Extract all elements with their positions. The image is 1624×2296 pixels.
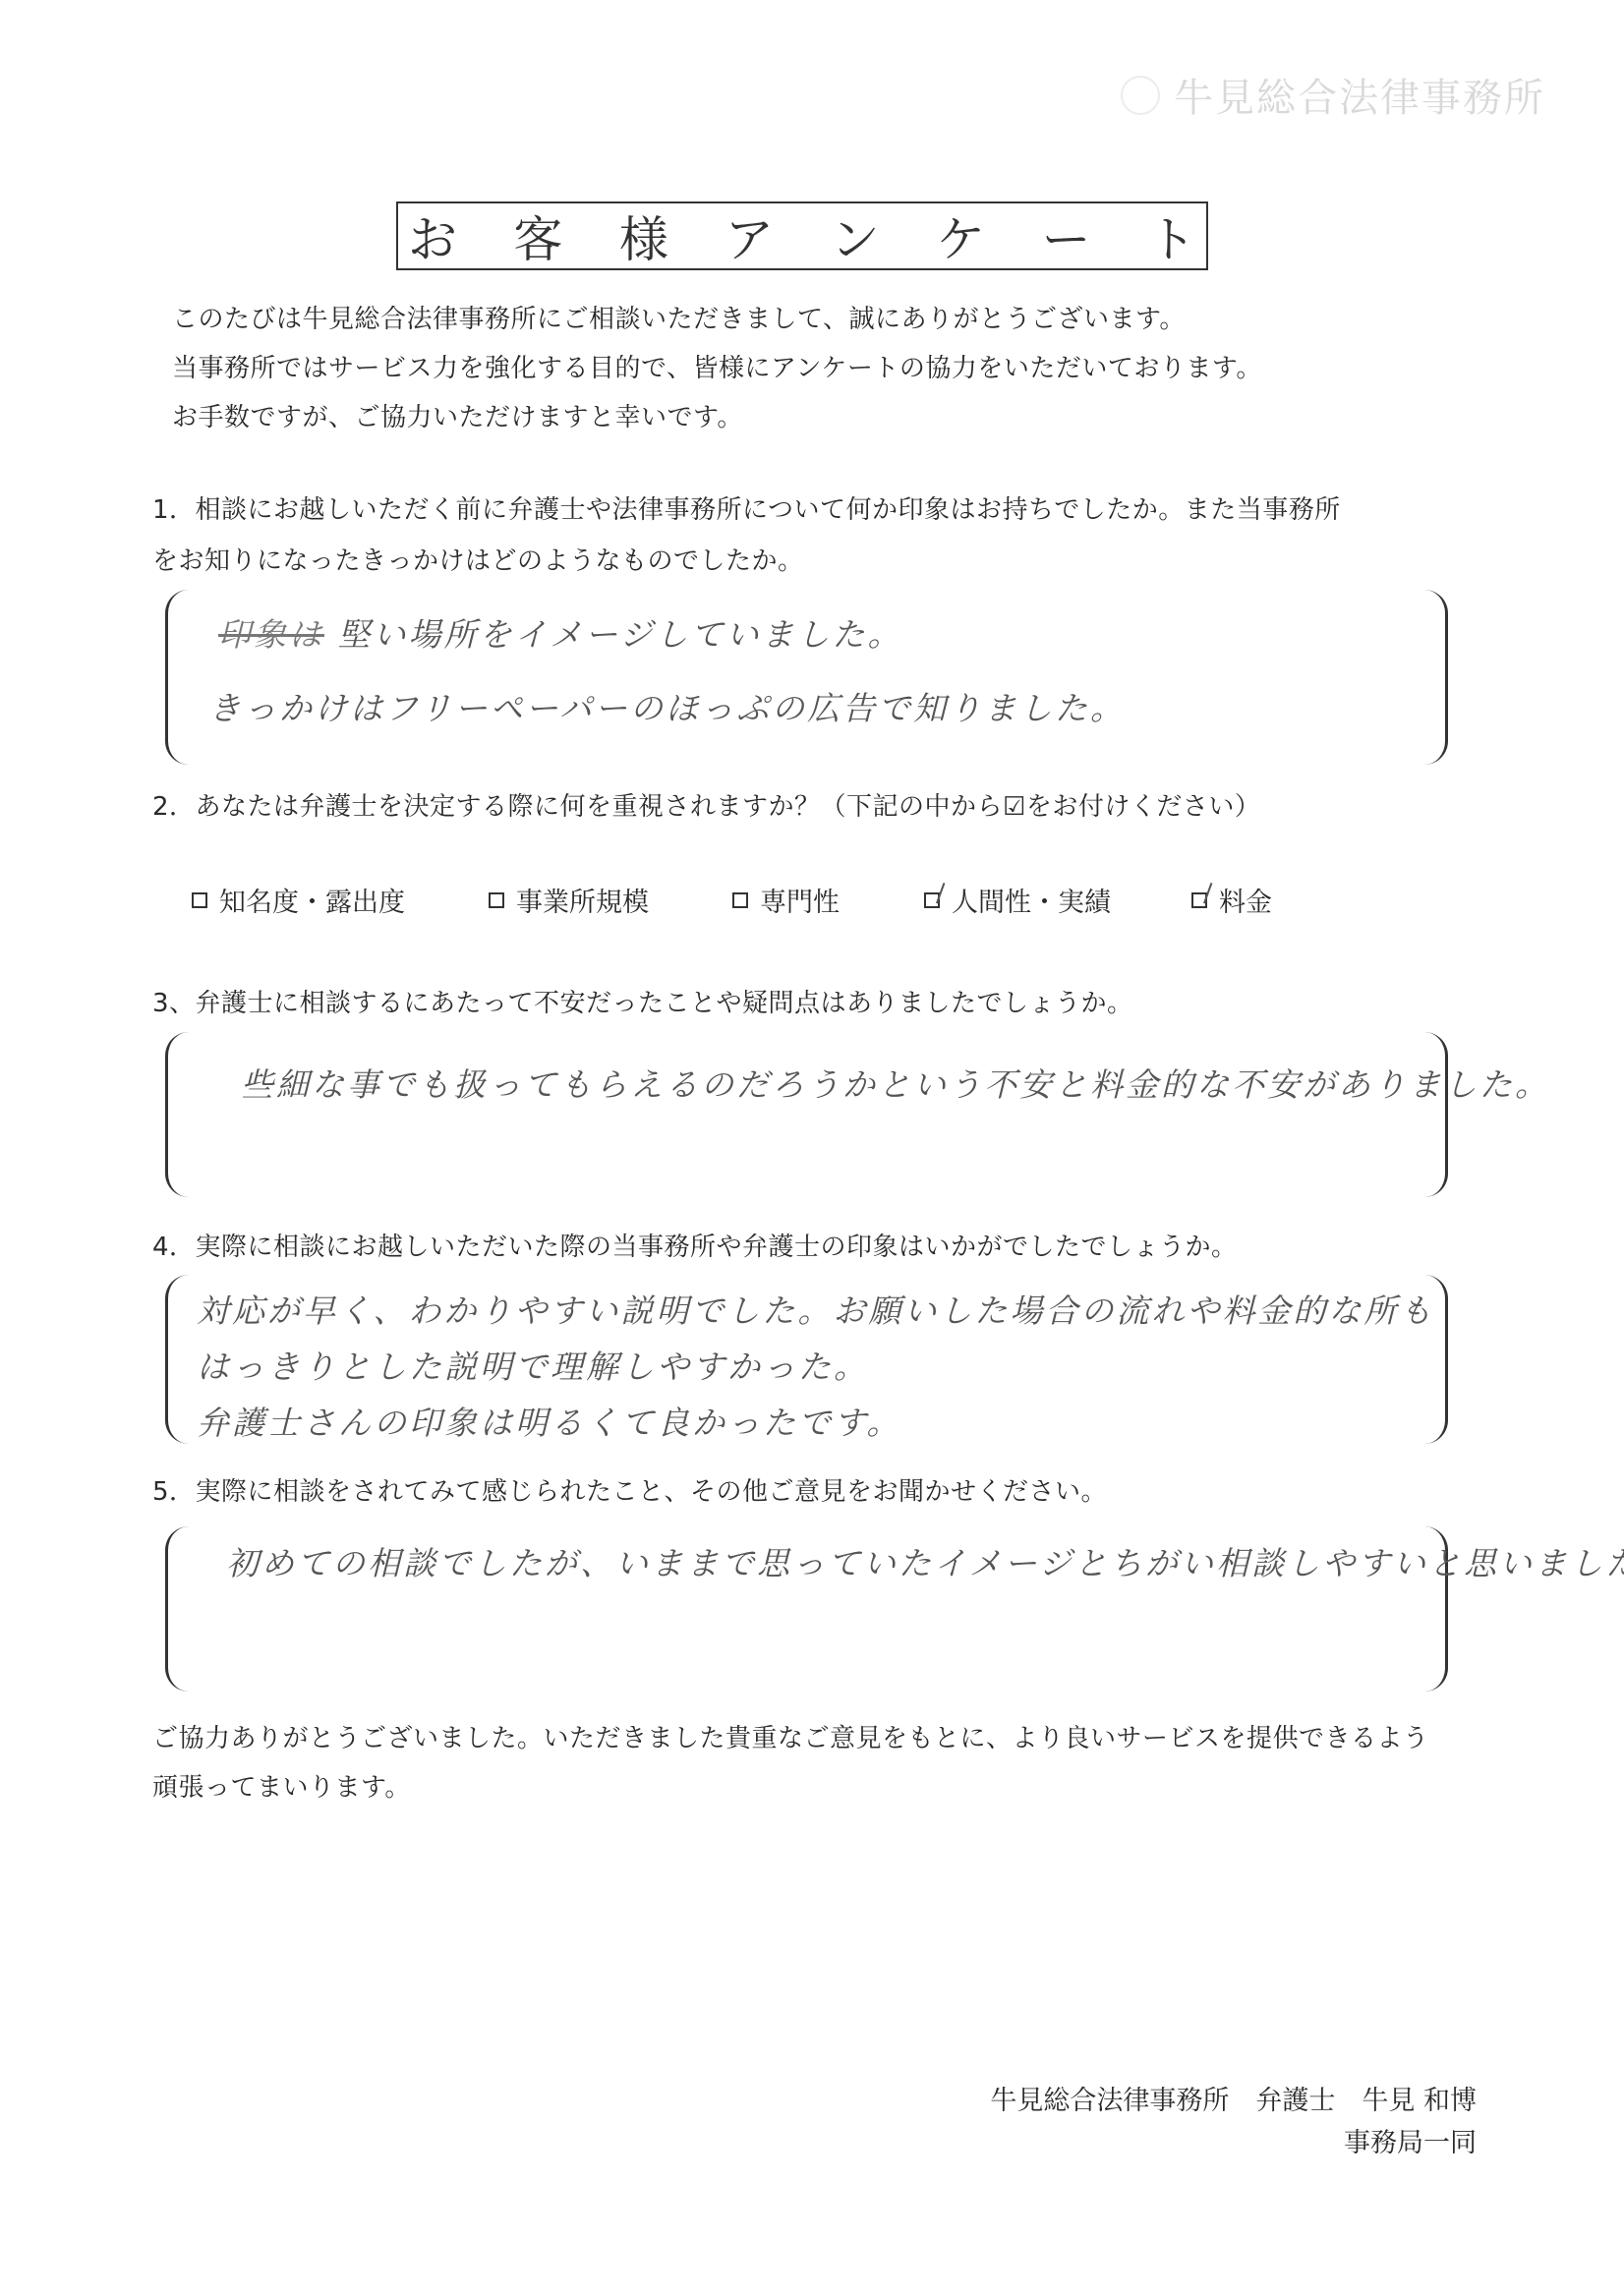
checkbox-checked-icon[interactable] — [1191, 892, 1207, 908]
intro-line: 当事務所ではサービス力を強化する目的で、皆様にアンケートの協力をいただいておりま… — [172, 348, 1262, 384]
answer-1-line: 印象は 堅い場所をイメージしていました。 — [218, 609, 903, 656]
question-4-line: 4．実際に相談にお越しいただいた際の当事務所や弁護士の印象はいかがでしたでしょう… — [152, 1227, 1238, 1263]
question-3-line: 3、弁護士に相談するにあたって不安だったことや疑問点はありましたでしょうか。 — [152, 983, 1133, 1019]
page-title: お 客 様 ア ン ケ ー ト — [396, 201, 1208, 270]
option-name-recognition[interactable]: 知名度・露出度 — [192, 881, 489, 919]
question-1-line: をお知りになったきっかけはどのようなものでしたか。 — [152, 541, 804, 577]
option-label: 専門性 — [760, 881, 840, 919]
answer-1-text: 堅い場所をイメージしていました。 — [338, 615, 903, 654]
option-label: 知名度・露出度 — [219, 881, 405, 919]
option-label: 事業所規模 — [516, 881, 649, 919]
answer-4-line: 弁護士さんの印象は明るくて良かったです。 — [197, 1398, 901, 1444]
checkbox-icon[interactable] — [732, 892, 748, 908]
answer-4-line: はっきりとした説明で理解しやすかった。 — [197, 1342, 869, 1388]
option-character-record[interactable]: 人間性・実績 — [924, 881, 1191, 919]
question-1-line: 1．相談にお越しいただく前に弁護士や法律事務所について何か印象はお持ちでしたか。… — [152, 489, 1341, 526]
option-firm-size[interactable]: 事業所規模 — [489, 881, 732, 919]
title-char: お — [408, 201, 457, 271]
title-char: 様 — [619, 201, 668, 271]
title-char: 客 — [513, 201, 562, 271]
option-fee[interactable]: 料金 — [1191, 881, 1272, 919]
checkbox-icon[interactable] — [192, 892, 207, 908]
option-list: 知名度・露出度 事業所規模 専門性 人間性・実績 料金 — [192, 881, 1272, 919]
option-expertise[interactable]: 専門性 — [732, 881, 924, 919]
question-5-line: 5．実際に相談をされてみて感じられたこと、その他ご意見をお聞かせください。 — [152, 1471, 1107, 1508]
answer-4-line: 対応が早く、わかりやすい説明でした。お願いした場合の流れや料金的な所も — [197, 1286, 1434, 1332]
struck-text: 印象は — [218, 615, 324, 654]
firm-logo-icon — [1121, 76, 1160, 115]
checkbox-icon[interactable] — [489, 892, 504, 908]
signature-line: 牛見総合法律事務所 弁護士 牛見 和博 — [990, 2079, 1477, 2117]
closing-line: 頑張ってまいります。 — [152, 1767, 411, 1804]
intro-line: このたびは牛見総合法律事務所にご相談いただきまして、誠にありがとうございます。 — [172, 299, 1186, 335]
option-label: 人間性・実績 — [952, 881, 1111, 919]
firm-watermark: 牛見総合法律事務所 — [1121, 67, 1545, 123]
title-char: ア — [725, 201, 774, 271]
title-char: ケ — [936, 201, 985, 271]
option-label: 料金 — [1219, 881, 1272, 919]
answer-1-line: きっかけはフリーペーパーのほっぷの広告で知りました。 — [208, 683, 1126, 729]
answer-3-box — [165, 1032, 1448, 1197]
answer-5-line: 初めての相談でしたが、いままで思っていたイメージとちがい相談しやすいと思いました… — [226, 1538, 1624, 1584]
intro-line: お手数ですが、ご協力いただけますと幸いです。 — [172, 397, 743, 433]
title-char: ー — [1042, 201, 1091, 271]
checkbox-checked-icon[interactable] — [924, 892, 940, 908]
answer-3-line: 些細な事でも扱ってもらえるのだろうかという不安と料金的な不安がありました。 — [241, 1060, 1550, 1106]
title-char: ン — [831, 201, 880, 271]
watermark-text: 牛見総合法律事務所 — [1174, 67, 1545, 123]
closing-line: ご協力ありがとうございました。いただきました貴重なご意見をもとに、より良いサービ… — [152, 1718, 1429, 1754]
question-2-line: 2．あなたは弁護士を決定する際に何を重視されますか？（下記の中から☑をお付けくだ… — [152, 786, 1260, 823]
signature-staff: 事務局一同 — [1344, 2121, 1477, 2159]
title-char: ト — [1147, 201, 1196, 271]
